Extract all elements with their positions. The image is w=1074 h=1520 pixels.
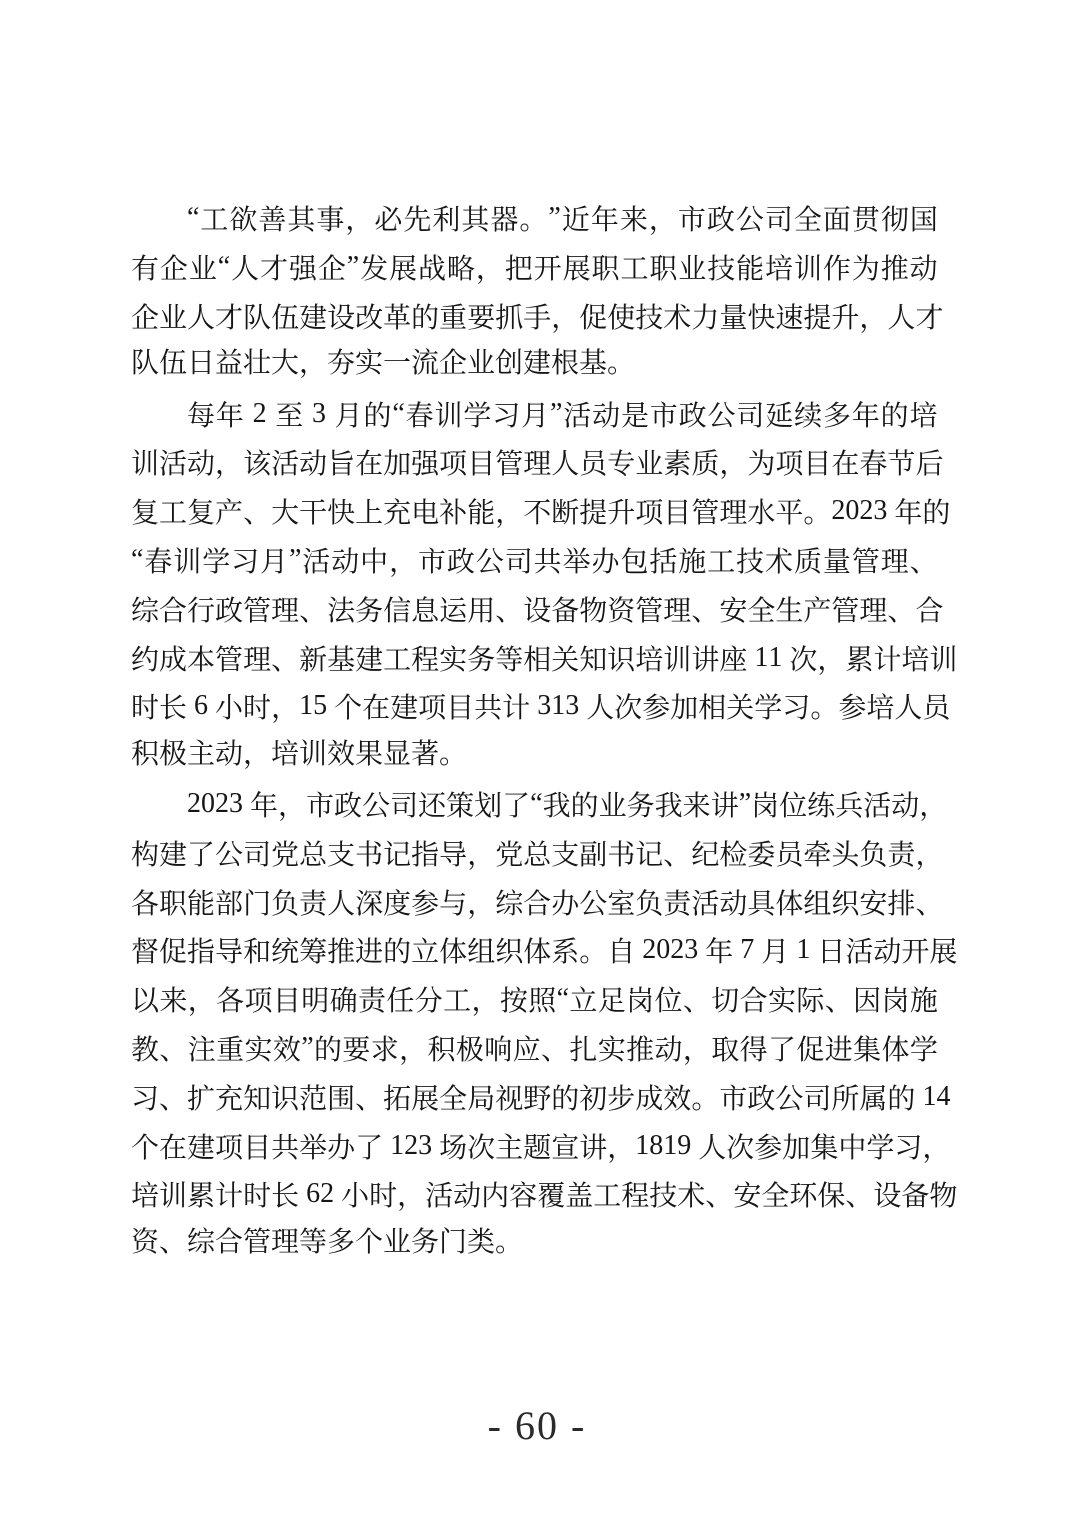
text-line: 企业人才队伍建设改革的重要抓手，促使技术力量快速提升，人才 xyxy=(131,292,938,341)
text-line: 队伍日益壮大，夯实一流企业创建根基。 xyxy=(131,340,938,389)
text-line: 积极主动，培训效果显著。 xyxy=(131,731,938,780)
text-line: 复工复产、大干快上充电补能，不断提升项目管理水平。2023 年的 xyxy=(131,487,938,536)
document-page: “工欲善其事，必先利其器。”近年来，市政公司全面贯彻国 有企业“人才强企”发展战… xyxy=(0,0,1074,1520)
text-line: 2023 年，市政公司还策划了“我的业务我来讲”岗位练兵活动， xyxy=(131,780,938,829)
text-line: 训活动，该活动旨在加强项目管理人员专业素质，为项目在春节后 xyxy=(131,438,938,487)
document-body: “工欲善其事，必先利其器。”近年来，市政公司全面贯彻国 有企业“人才强企”发展战… xyxy=(131,194,938,1268)
text-line: “工欲善其事，必先利其器。”近年来，市政公司全面贯彻国 xyxy=(131,194,938,243)
text-line: 各职能部门负责人深度参与，综合办公室负责活动具体组织安排、 xyxy=(131,877,938,926)
text-line: 构建了公司党总支书记指导，党总支副书记、纪检委员牵头负责， xyxy=(131,828,938,877)
text-line: 每年 2 至 3 月的“春训学习月”活动是市政公司延续多年的培 xyxy=(131,389,938,438)
paragraph: 2023 年，市政公司还策划了“我的业务我来讲”岗位练兵活动， 构建了公司党总支… xyxy=(131,780,938,1268)
text-line: 有企业“人才强企”发展战略，把开展职工职业技能培训作为推动 xyxy=(131,243,938,292)
paragraph: 每年 2 至 3 月的“春训学习月”活动是市政公司延续多年的培 训活动，该活动旨… xyxy=(131,389,938,779)
page-number: - 60 - xyxy=(0,1404,1074,1448)
text-line: 约成本管理、新基建工程实务等相关知识培训讲座 11 次，累计培训 xyxy=(131,633,938,682)
text-line: 资、综合管理等多个业务门类。 xyxy=(131,1219,938,1268)
text-line: “春训学习月”活动中，市政公司共举办包括施工技术质量管理、 xyxy=(131,536,938,585)
text-line: 以来，各项目明确责任分工，按照“立足岗位、切合实际、因岗施 xyxy=(131,975,938,1024)
text-line: 督促指导和统筹推进的立体组织体系。自 2023 年 7 月 1 日活动开展 xyxy=(131,926,938,975)
paragraph: “工欲善其事，必先利其器。”近年来，市政公司全面贯彻国 有企业“人才强企”发展战… xyxy=(131,194,938,389)
text-line: 培训累计时长 62 小时，活动内容覆盖工程技术、安全环保、设备物 xyxy=(131,1170,938,1219)
text-line: 教、注重实效”的要求，积极响应、扎实推动，取得了促进集体学 xyxy=(131,1024,938,1073)
text-line: 综合行政管理、法务信息运用、设备物资管理、安全生产管理、合 xyxy=(131,584,938,633)
text-line: 个在建项目共举办了 123 场次主题宣讲，1819 人次参加集中学习， xyxy=(131,1121,938,1170)
text-line: 时长 6 小时，15 个在建项目共计 313 人次参加相关学习。参培人员 xyxy=(131,682,938,731)
text-line: 习、扩充知识范围、拓展全局视野的初步成效。市政公司所属的 14 xyxy=(131,1072,938,1121)
